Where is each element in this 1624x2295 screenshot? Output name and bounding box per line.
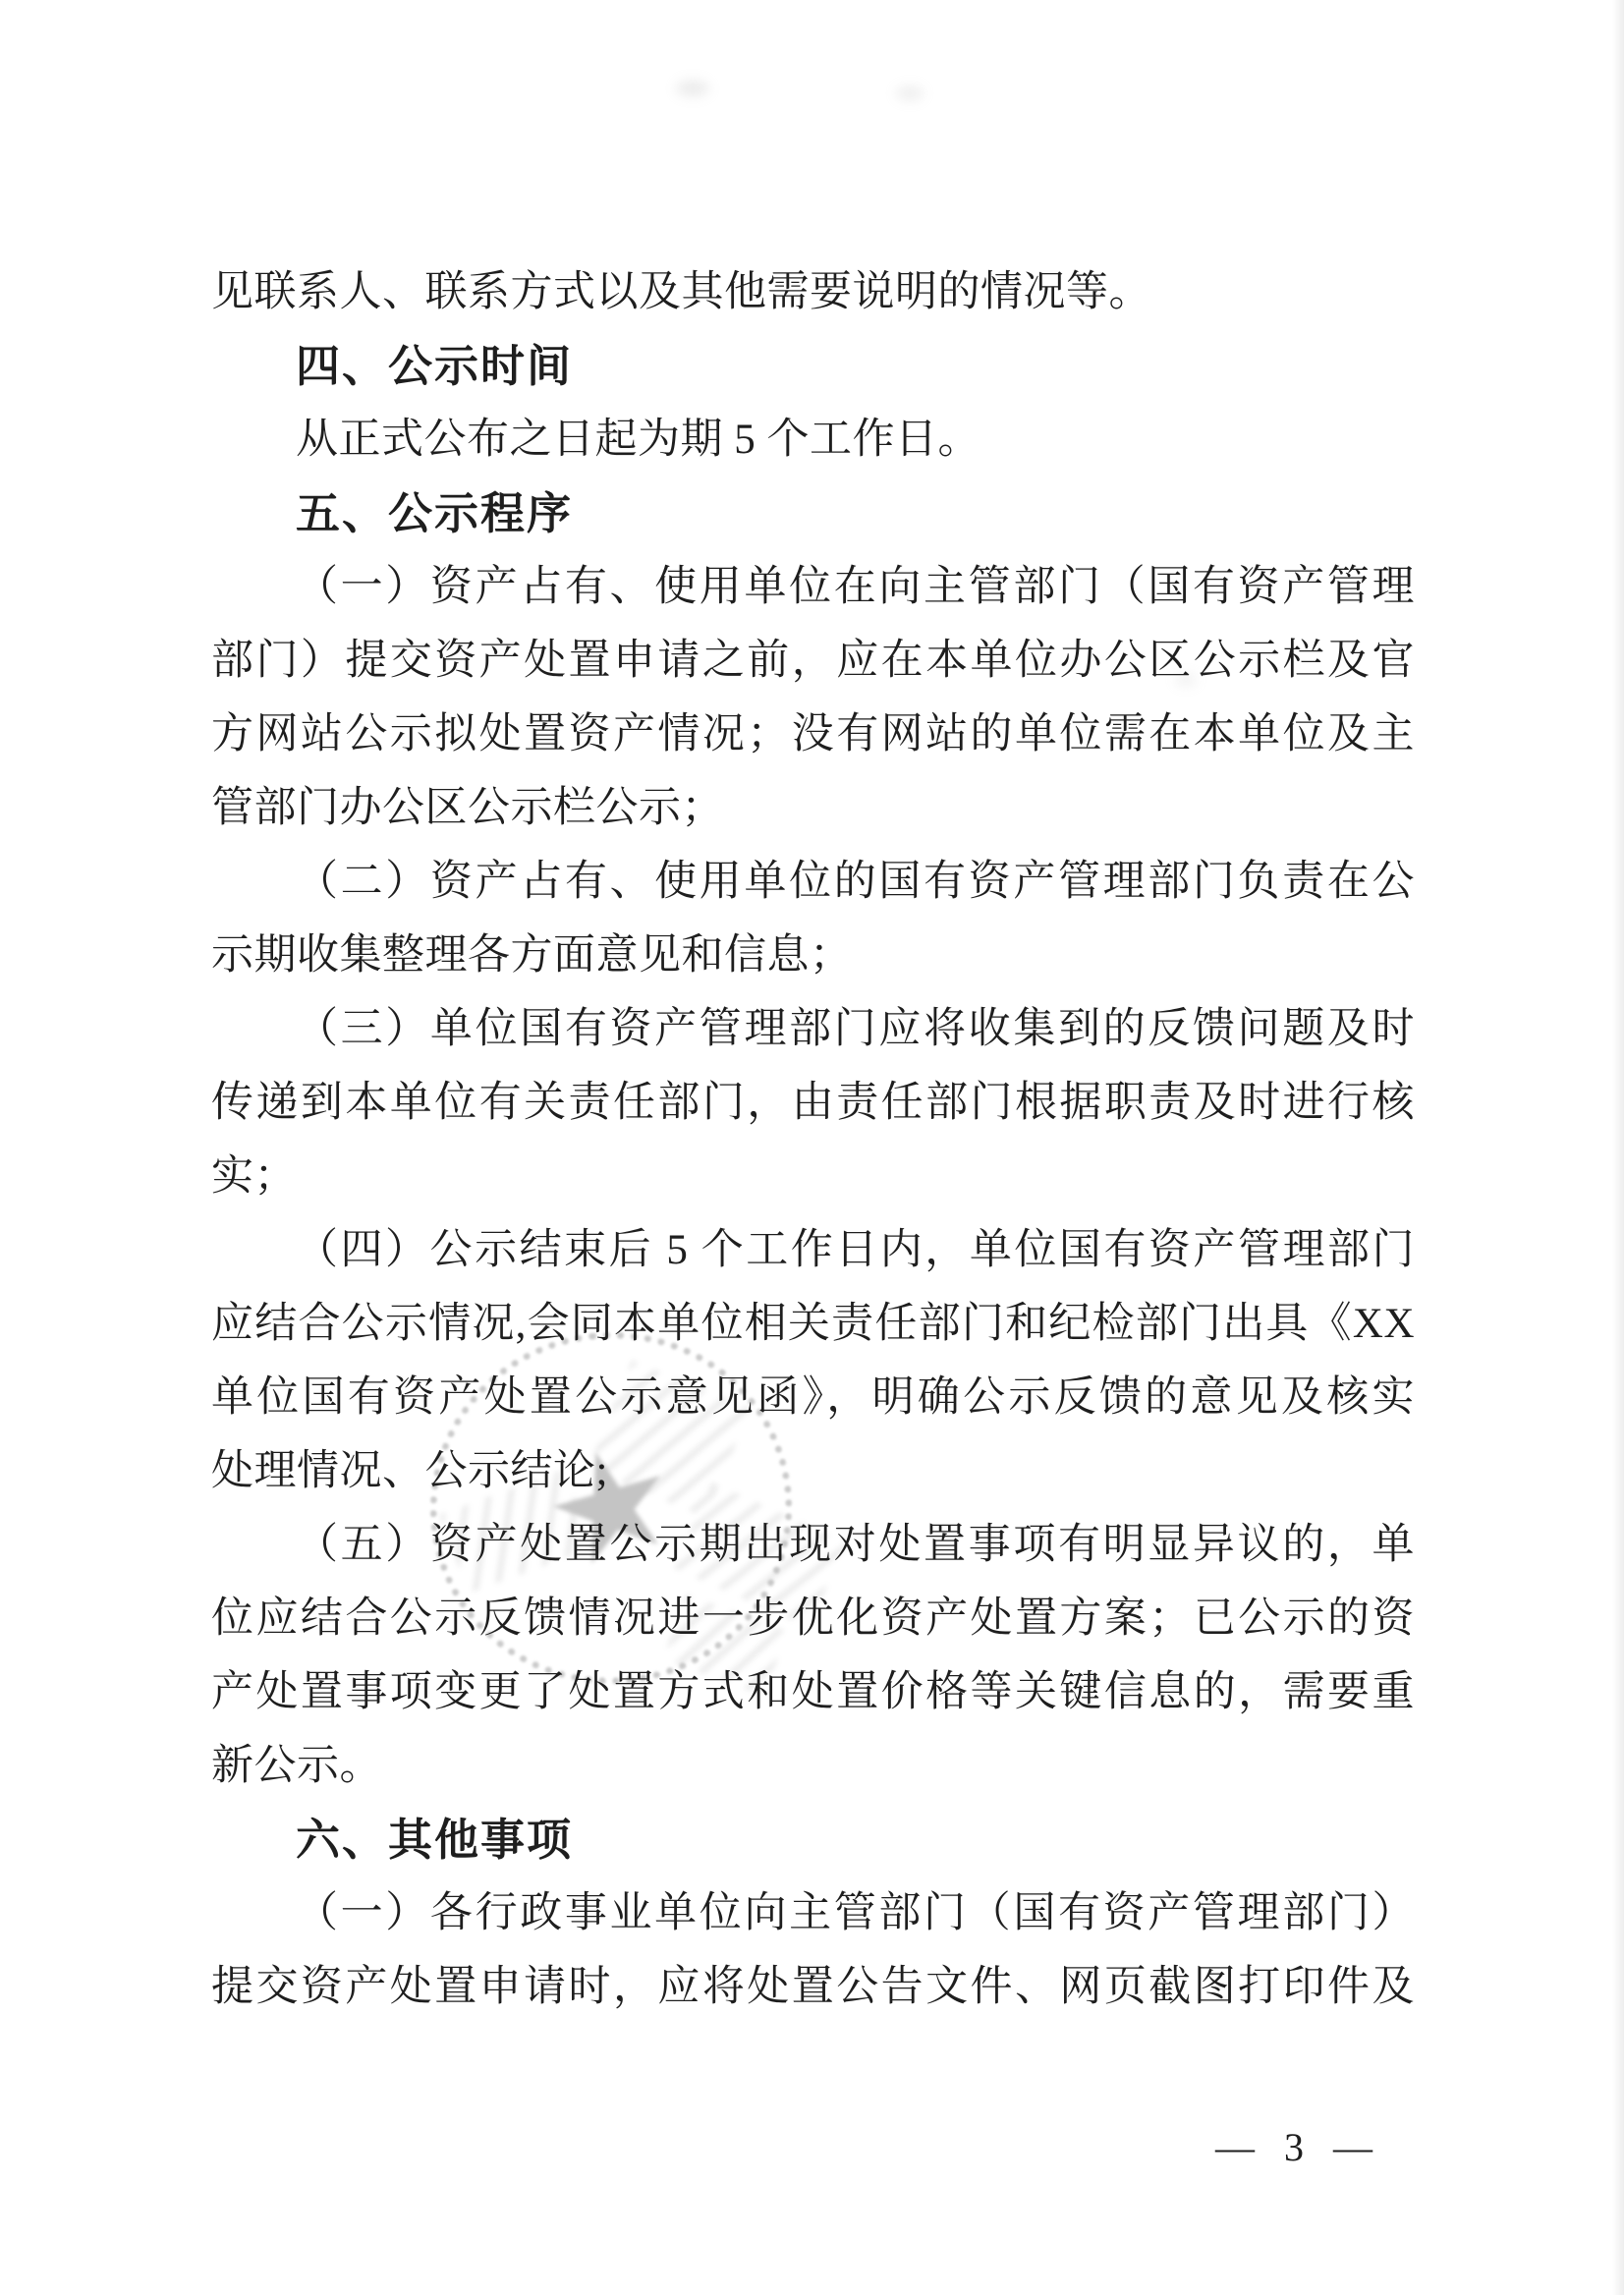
body-text-block: 见联系人、联系方式以及其他需要说明的情况等。 四、公示时间 从正式公布之日起为期… [211, 255, 1415, 2024]
document-page: ★ 见联系人、联系方式以及其他需要说明的情况等。 四、公示时间 从正式公布之日起… [0, 0, 1624, 2295]
text-line: （五）资产处置公示期出现对处置事项有明显异议的，单 [211, 1508, 1415, 1582]
text-line: 处理情况、公示结论; [211, 1434, 1415, 1508]
text-line: 示期收集整理各方面意见和信息； [211, 919, 1415, 992]
text-line: 产处置事项变更了处置方式和处置价格等关键信息的，需要重 [211, 1655, 1415, 1729]
section-heading: 五、公示程序 [211, 476, 1415, 550]
scan-edge-shade [1612, 0, 1624, 2295]
text-line: 方网站公示拟处置资产情况；没有网站的单位需在本单位及主 [211, 698, 1415, 771]
page-number: — 3 — [1210, 2120, 1387, 2175]
text-line: 单位国有资产处置公示意见函》，明确公示反馈的意见及核实 [211, 1361, 1415, 1434]
text-line: 见联系人、联系方式以及其他需要说明的情况等。 [211, 255, 1415, 329]
text-line: （三）单位国有资产管理部门应将收集到的反馈问题及时 [211, 992, 1415, 1066]
text-line: （一）资产占有、使用单位在向主管部门（国有资产管理 [211, 550, 1415, 624]
scan-artifact [896, 86, 924, 100]
text-line: （一）各行政事业单位向主管部门（国有资产管理部门） [211, 1876, 1415, 1950]
text-line: （四）公示结束后 5 个工作日内，单位国有资产管理部门 [211, 1213, 1415, 1287]
section-heading: 四、公示时间 [211, 329, 1415, 403]
text-line: 传递到本单位有关责任部门，由责任部门根据职责及时进行核 [211, 1066, 1415, 1140]
text-line: 提交资产处置申请时，应将处置公告文件、网页截图打印件及 [211, 1950, 1415, 2024]
text-line: 部门）提交资产处置申请之前，应在本单位办公区公示栏及官 [211, 624, 1415, 698]
section-heading: 六、其他事项 [211, 1803, 1415, 1876]
text-line: 从正式公布之日起为期 5 个工作日。 [211, 403, 1415, 476]
scan-artifact [676, 81, 709, 96]
text-line: 管部门办公区公示栏公示； [211, 771, 1415, 845]
text-line: 新公示。 [211, 1729, 1415, 1803]
text-line: （二）资产占有、使用单位的国有资产管理部门负责在公 [211, 845, 1415, 919]
text-line: 位应结合公示反馈情况进一步优化资产处置方案；已公示的资 [211, 1582, 1415, 1655]
text-line: 应结合公示情况,会同本单位相关责任部门和纪检部门出具《XX [211, 1287, 1415, 1361]
text-line: 实； [211, 1140, 1415, 1213]
